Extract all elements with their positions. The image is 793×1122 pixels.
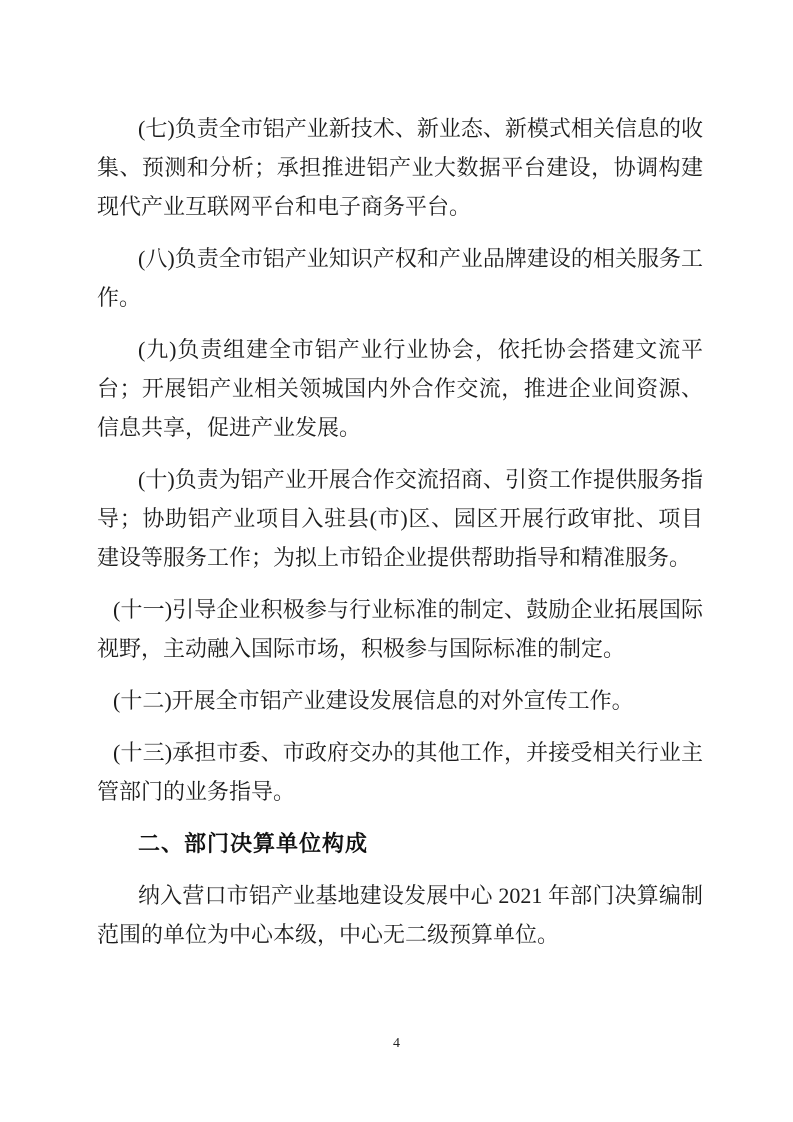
section-heading: 二、部门决算单位构成 <box>97 824 703 863</box>
paragraph: (九)负责组建全市铝产业行业协会，依托协会搭建文流平台；开展铝产业相关领城国内外… <box>97 330 703 447</box>
page-number: 4 <box>0 1036 793 1052</box>
paragraph: (十三)承担市委、市政府交办的其他工作，并接受相关行业主管部门的业务指导。 <box>97 733 703 811</box>
document-body: (七)负责全市铝产业新技术、新业态、新模式相关信息的收集、预测和分析；承担推进铝… <box>97 109 703 954</box>
paragraph: (十)负责为铝产业开展合作交流招商、引资工作提供服务指导；协助铝产业项目入驻县(… <box>97 460 703 577</box>
paragraph: (十二)开展全市铝产业建设发展信息的对外宣传工作。 <box>97 681 703 720</box>
paragraph: (八)负责全市铝产业知识产权和产业品牌建设的相关服务工作。 <box>97 239 703 317</box>
paragraph: (七)负责全市铝产业新技术、新业态、新模式相关信息的收集、预测和分析；承担推进铝… <box>97 109 703 226</box>
paragraph: 纳入营口市铝产业基地建设发展中心 2021 年部门决算编制范围的单位为中心本级，… <box>97 876 703 954</box>
paragraph: (十一)引导企业积极参与行业标准的制定、鼓励企业拓展国际视野，主动融入国际市场，… <box>97 590 703 668</box>
document-page: (七)负责全市铝产业新技术、新业态、新模式相关信息的收集、预测和分析；承担推进铝… <box>0 0 793 1122</box>
